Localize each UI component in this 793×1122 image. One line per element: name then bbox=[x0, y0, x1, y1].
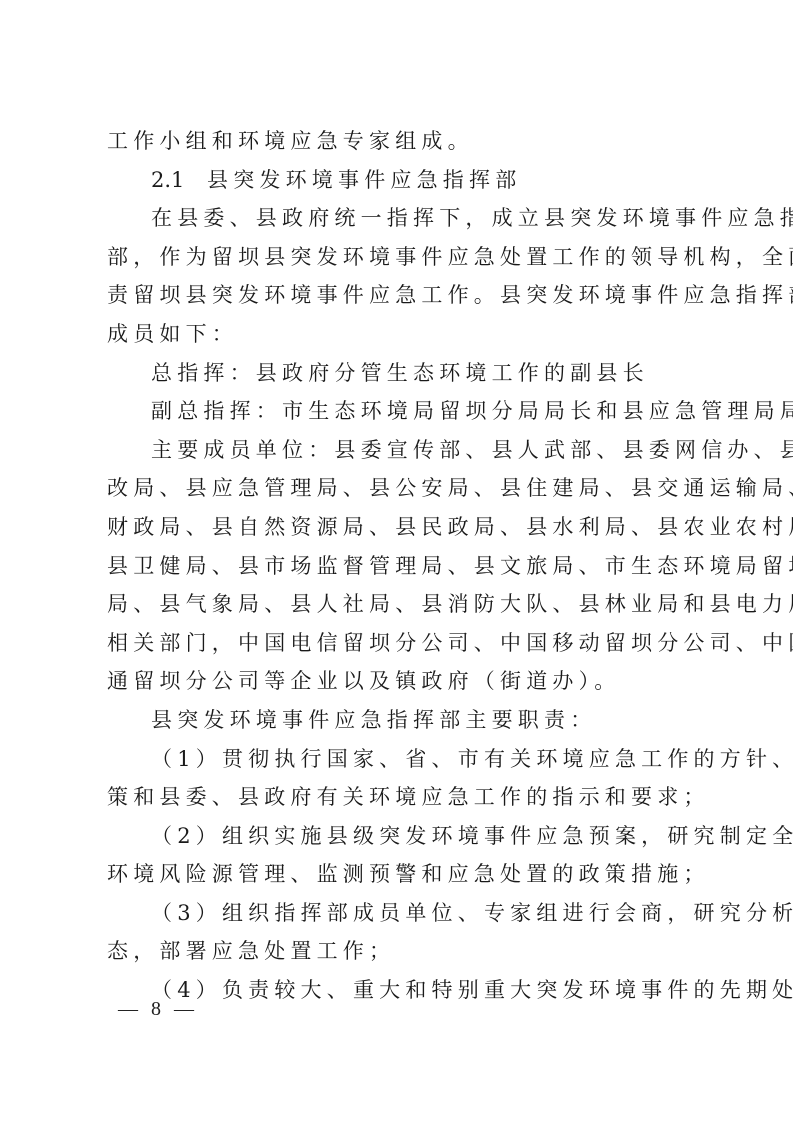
paragraph-line: 财政局、县自然资源局、县民政局、县水利局、县农业农村局、 bbox=[107, 508, 697, 547]
responsibilities-heading: 县突发环境事件应急指挥部主要职责： bbox=[107, 701, 697, 740]
paragraph-line: 县卫健局、县市场监督管理局、县文旅局、市生态环境局留坝分 bbox=[107, 547, 697, 586]
paragraph-line: 局、县气象局、县人社局、县消防大队、县林业局和县电力局等 bbox=[107, 585, 697, 624]
paragraph-line: 态，部署应急处置工作； bbox=[107, 932, 697, 971]
paragraph-line: 部，作为留坝县突发环境事件应急处置工作的领导机构，全面负 bbox=[107, 238, 697, 277]
paragraph-line: 工作小组和环境应急专家组成。 bbox=[107, 122, 697, 161]
body-text: 工作小组和环境应急专家组成。 2.1县突发环境事件应急指挥部 在县委、县政府统一… bbox=[107, 122, 697, 1010]
section-title: 县突发环境事件应急指挥部 bbox=[207, 168, 521, 192]
deputy-commander-line: 副总指挥：市生态环境局留坝分局局长和县应急管理局局长 bbox=[107, 392, 697, 431]
paragraph-line: 相关部门，中国电信留坝分公司、中国移动留坝分公司、中国联 bbox=[107, 624, 697, 663]
paragraph-line: 策和县委、县政府有关环境应急工作的指示和要求； bbox=[107, 778, 697, 817]
paragraph-line: 环境风险源管理、监测预警和应急处置的政策措施； bbox=[107, 855, 697, 894]
paragraph-line: 责留坝县突发环境事件应急工作。县突发环境事件应急指挥部各 bbox=[107, 276, 697, 315]
member-units-line: 主要成员单位：县委宣传部、县人武部、县委网信办、县发 bbox=[107, 431, 697, 470]
document-page: 工作小组和环境应急专家组成。 2.1县突发环境事件应急指挥部 在县委、县政府统一… bbox=[0, 0, 793, 1122]
responsibility-item-3: （3）组织指挥部成员单位、专家组进行会商，研究分析事 bbox=[107, 894, 697, 933]
paragraph-line: 改局、县应急管理局、县公安局、县住建局、县交通运输局、县 bbox=[107, 469, 697, 508]
page-number: — 8 — bbox=[118, 998, 198, 1021]
paragraph-line: 成员如下： bbox=[107, 315, 697, 354]
section-heading: 2.1县突发环境事件应急指挥部 bbox=[107, 161, 697, 200]
paragraph-line: 在县委、县政府统一指挥下，成立县突发环境事件应急指挥 bbox=[107, 199, 697, 238]
section-number: 2.1 bbox=[151, 161, 207, 200]
paragraph-line: 通留坝分公司等企业以及镇政府（街道办）。 bbox=[107, 662, 697, 701]
responsibility-item-1: （1）贯彻执行国家、省、市有关环境应急工作的方针、政 bbox=[107, 740, 697, 779]
responsibility-item-2: （2）组织实施县级突发环境事件应急预案，研究制定全县 bbox=[107, 817, 697, 856]
commander-line: 总指挥：县政府分管生态环境工作的副县长 bbox=[107, 354, 697, 393]
